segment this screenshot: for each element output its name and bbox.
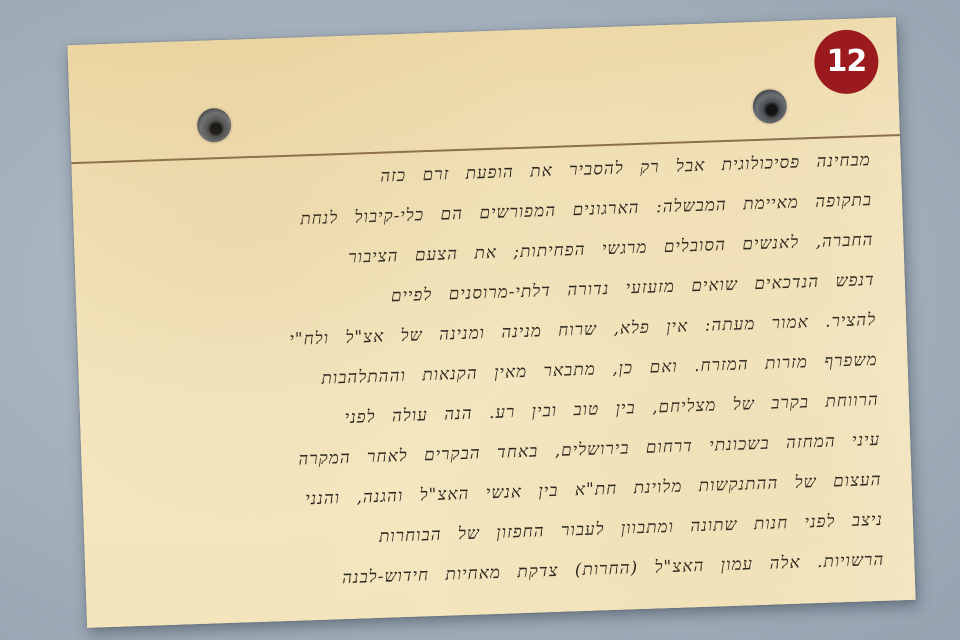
- page-number-badge: 12: [814, 30, 878, 94]
- punch-hole-right: [752, 89, 787, 124]
- punch-hole-left: [197, 108, 232, 143]
- archival-index-card: 12 מבחינה פסיכולוגית אבל רק להסביר את הו…: [67, 17, 915, 628]
- handwritten-text-block: מבחינה פסיכולוגית אבל רק להסביר את הופעת…: [91, 140, 884, 606]
